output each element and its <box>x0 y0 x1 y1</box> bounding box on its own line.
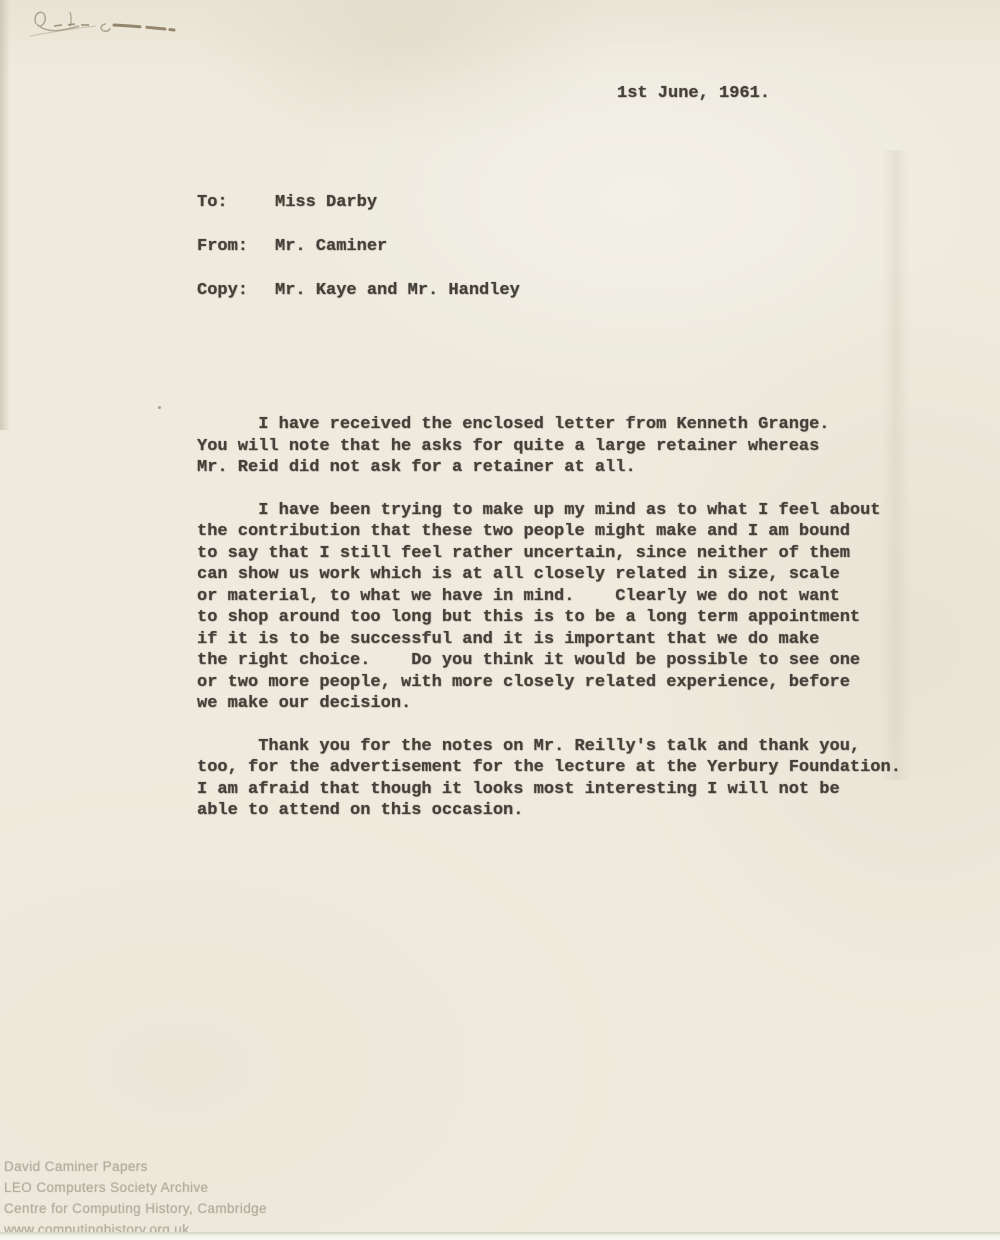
letter-line: Mr. Reid did not ask for a retainer at a… <box>197 457 987 479</box>
scan-left-edge-shadow <box>0 0 10 430</box>
letter-body: I have received the enclosed letter from… <box>197 414 987 843</box>
letter-paragraph: Thank you for the notes on Mr. Reilly's … <box>197 736 987 822</box>
letter-line: we make our decision. <box>197 693 987 715</box>
handwritten-annotation <box>14 2 184 54</box>
scan-bottom-edge <box>0 1232 1000 1240</box>
letter-line: the right choice. Do you think it would … <box>197 650 987 672</box>
letter-paragraph: I have received the enclosed letter from… <box>197 414 987 479</box>
letter-date: 1st June, 1961. <box>617 84 770 103</box>
letter-paragraph: I have been trying to make up my mind as… <box>197 500 987 715</box>
scanned-letter-page: 1st June, 1961. To:Miss DarbyFrom:Mr. Ca… <box>0 0 1000 1240</box>
letter-line: if it is to be successful and it is impo… <box>197 629 987 651</box>
letter-line: able to attend on this occasion. <box>197 800 987 822</box>
watermark-line: LEO Computers Society Archive <box>4 1177 267 1198</box>
letter-line: You will note that he asks for quite a l… <box>197 436 987 458</box>
letter-line: I am afraid that though it looks most in… <box>197 779 987 801</box>
letter-line: to shop around too long but this is to b… <box>197 607 987 629</box>
memo-header-label: Copy: <box>197 281 275 300</box>
watermark-line: Centre for Computing History, Cambridge <box>4 1198 267 1219</box>
watermark-line: David Caminer Papers <box>4 1156 267 1177</box>
letter-line: I have been trying to make up my mind as… <box>197 500 987 522</box>
memo-header-value: Miss Darby <box>275 193 377 212</box>
letter-line: or material, to what we have in mind. Cl… <box>197 586 987 608</box>
archive-watermark: David Caminer PapersLEO Computers Societ… <box>4 1156 267 1240</box>
letter-line: can show us work which is at all closely… <box>197 564 987 586</box>
memo-header-label: From: <box>197 237 275 256</box>
memo-header-row: To:Miss Darby <box>197 193 520 212</box>
memo-header-row: Copy:Mr. Kaye and Mr. Handley <box>197 281 520 300</box>
letter-line: to say that I still feel rather uncertai… <box>197 543 987 565</box>
letter-line: Thank you for the notes on Mr. Reilly's … <box>197 736 987 758</box>
letter-line: or two more people, with more closely re… <box>197 672 987 694</box>
memo-header-value: Mr. Caminer <box>275 237 387 256</box>
memo-header-row: From:Mr. Caminer <box>197 237 520 256</box>
paper-speck <box>158 406 161 409</box>
memo-header-label: To: <box>197 193 275 212</box>
letter-line: too, for the advertisement for the lectu… <box>197 757 987 779</box>
letter-line: I have received the enclosed letter from… <box>197 414 987 436</box>
memo-header: To:Miss DarbyFrom:Mr. CaminerCopy:Mr. Ka… <box>197 193 520 325</box>
memo-header-value: Mr. Kaye and Mr. Handley <box>275 281 520 300</box>
letter-line: the contribution that these two people m… <box>197 521 987 543</box>
